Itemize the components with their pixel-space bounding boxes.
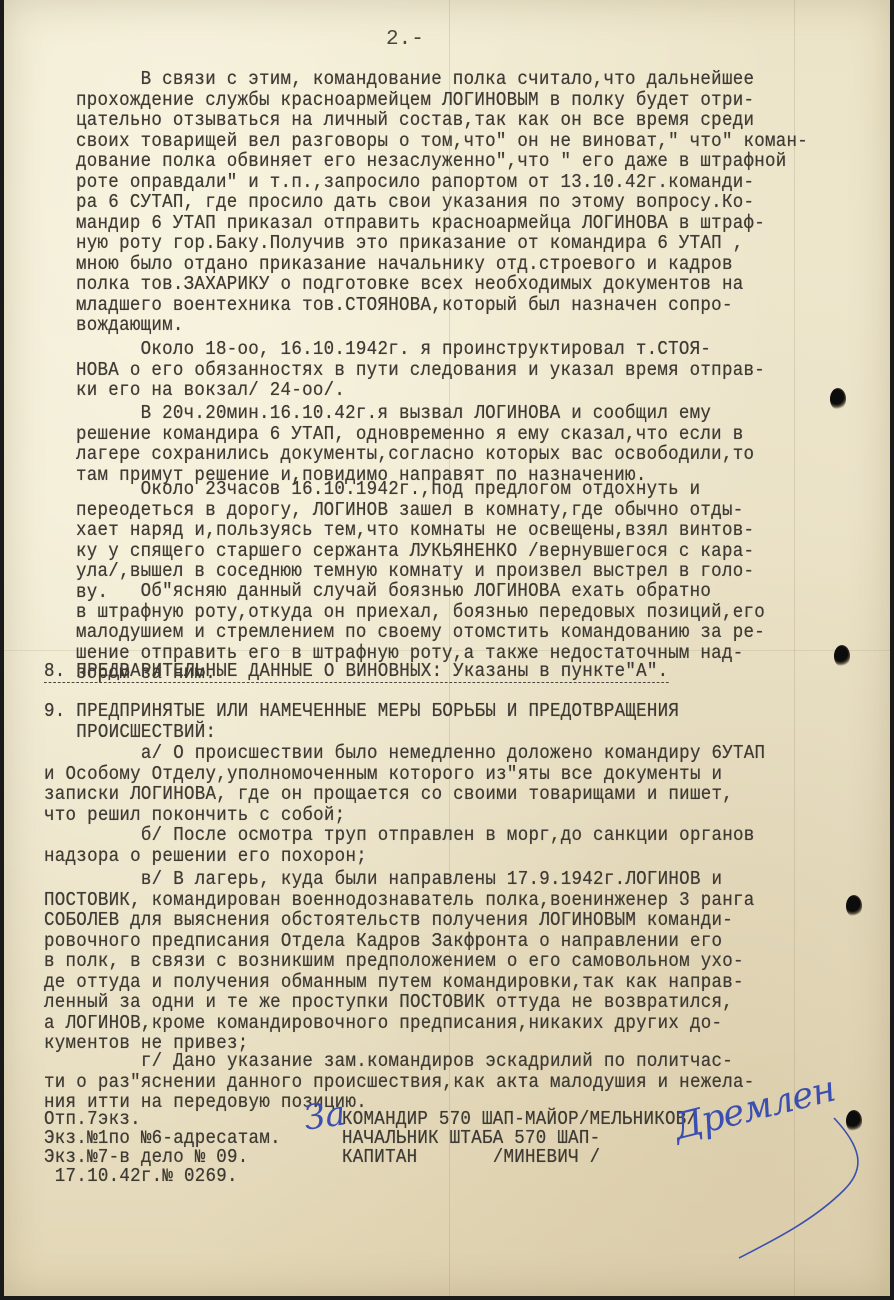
text-line: полка тов.ЗАХАРИКУ о подготовке всех нео… <box>76 273 743 295</box>
punch-hole <box>846 895 862 917</box>
text-line: Об"ясняю данный случай боязнью ЛОГИНОВА … <box>76 580 711 602</box>
page-number: 2.- <box>386 28 424 51</box>
text-line: а ЛОГИНОВ,кроме командировочного предпис… <box>44 1012 722 1034</box>
text-line: ную роту гор.Баку.Получив это приказание… <box>76 232 743 254</box>
text-line: ПОСТОВИК, командирован военнодознаватель… <box>44 889 755 911</box>
text-line: Около 23часов 16.10.1942г.,под предлогом… <box>76 478 700 500</box>
text-line: младшего воентехника тов.СТОЯНОВА,которы… <box>76 294 733 316</box>
text-line: б/ После осмотра труп отправлен в морг,д… <box>44 824 755 846</box>
text-line: ра 6 СУТАП, где просило дать свои указан… <box>76 191 754 213</box>
text-line: Около 18-оо, 16.10.1942г. я проинструкти… <box>76 338 711 360</box>
text-line: ровочного предписания Отдела Кадров Закф… <box>44 930 722 952</box>
signature-block-line: КАПИТАН /МИНЕВИЧ / <box>342 1146 600 1168</box>
text-line: вождающим. <box>76 314 184 336</box>
punch-hole <box>830 388 846 410</box>
text-line: ленный за одни и те же проступки ПОСТОВИ… <box>44 991 733 1013</box>
text-line: а/ О происшествии было немедленно доложе… <box>44 742 765 764</box>
text-line: записки ЛОГИНОВА, где он прощается со св… <box>44 783 733 805</box>
text-line: прохождение службы красноармейцем ЛОГИНО… <box>76 89 754 111</box>
text-line: и Особому Отделу,уполномоченным которого… <box>44 763 722 785</box>
text-line: ула/,вышел в соседнюю темную комнату и п… <box>76 560 754 582</box>
section-8-line: 8. ПРЕДВАРИТЕЛЬНЫЕ ДАННЫЕ О ВИНОВНЫХ: Ук… <box>44 660 668 683</box>
handwritten-za: За <box>301 1093 348 1138</box>
text-line: переодеться в дорогу, ЛОГИНОВ зашел в ко… <box>76 499 743 521</box>
text-line: малодушием и стремлением по своему отомс… <box>76 621 765 643</box>
text-line: роте оправдали" и т.п.,запросило рапорто… <box>76 171 754 193</box>
text-line: в полк, в связи с возникшим предположени… <box>44 950 744 972</box>
text-line: хает наряд и,пользуясь тем,что комнаты н… <box>76 519 754 541</box>
text-line: в штрафную роту,откуда он приехал, боязн… <box>76 601 765 623</box>
text-line: ти о раз"яснении данного происшествия,ка… <box>44 1071 755 1093</box>
text-line: цательно отзываться на личный состав,так… <box>76 109 754 131</box>
signature-flourish <box>734 1110 874 1260</box>
text-line: дование полка обвиняет его незаслуженно"… <box>76 150 787 172</box>
text-line: мною было отдано приказание начальнику о… <box>76 253 733 275</box>
text-line: НОВА о его обязанностях в пути следовани… <box>76 359 765 381</box>
text-line: В связи с этим, командование полка счита… <box>76 68 754 90</box>
text-line: ки его на вокзал/ 24-оо/. <box>76 379 345 401</box>
text-line: мандир 6 УТАП приказал отправить красноа… <box>76 212 765 234</box>
text-line: ку у спящего старшего сержанта ЛУКЬЯНЕНК… <box>76 540 754 562</box>
text-line: надзора о решении его похорон; <box>44 845 367 867</box>
text-line: решение командира 6 УТАП, одновременно я… <box>76 423 743 445</box>
text-line: В 20ч.20мин.16.10.42г.я вызвал ЛОГИНОВА … <box>76 402 711 424</box>
text-line: лагере сохранились документы,согласно ко… <box>76 443 754 465</box>
text-line: де оттуда и получения обманным путем ком… <box>44 971 744 993</box>
text-line: своих товарищей вел разговоры о том,что"… <box>76 130 808 152</box>
text-line: что решил покончить с собой; <box>44 804 345 826</box>
text-line: в/ В лагерь, куда были направлены 17.9.1… <box>44 868 722 890</box>
punch-hole <box>834 645 850 667</box>
text-line: г/ Дано указание зам.командиров эскадрил… <box>44 1050 733 1072</box>
text-line: СОБОЛЕВ для выяснения обстоятельств полу… <box>44 909 733 931</box>
distribution-line: 17.10.42г.№ 0269. <box>44 1165 238 1187</box>
section-9-heading: ПРОИСШЕСТВИЙ: <box>44 721 216 743</box>
section-9-heading: 9. ПРЕДПРИНЯТЫЕ ИЛИ НАМЕЧЕННЫЕ МЕРЫ БОРЬ… <box>44 700 679 722</box>
document-page: 2.- В связи с этим, командование полка с… <box>4 0 890 1296</box>
